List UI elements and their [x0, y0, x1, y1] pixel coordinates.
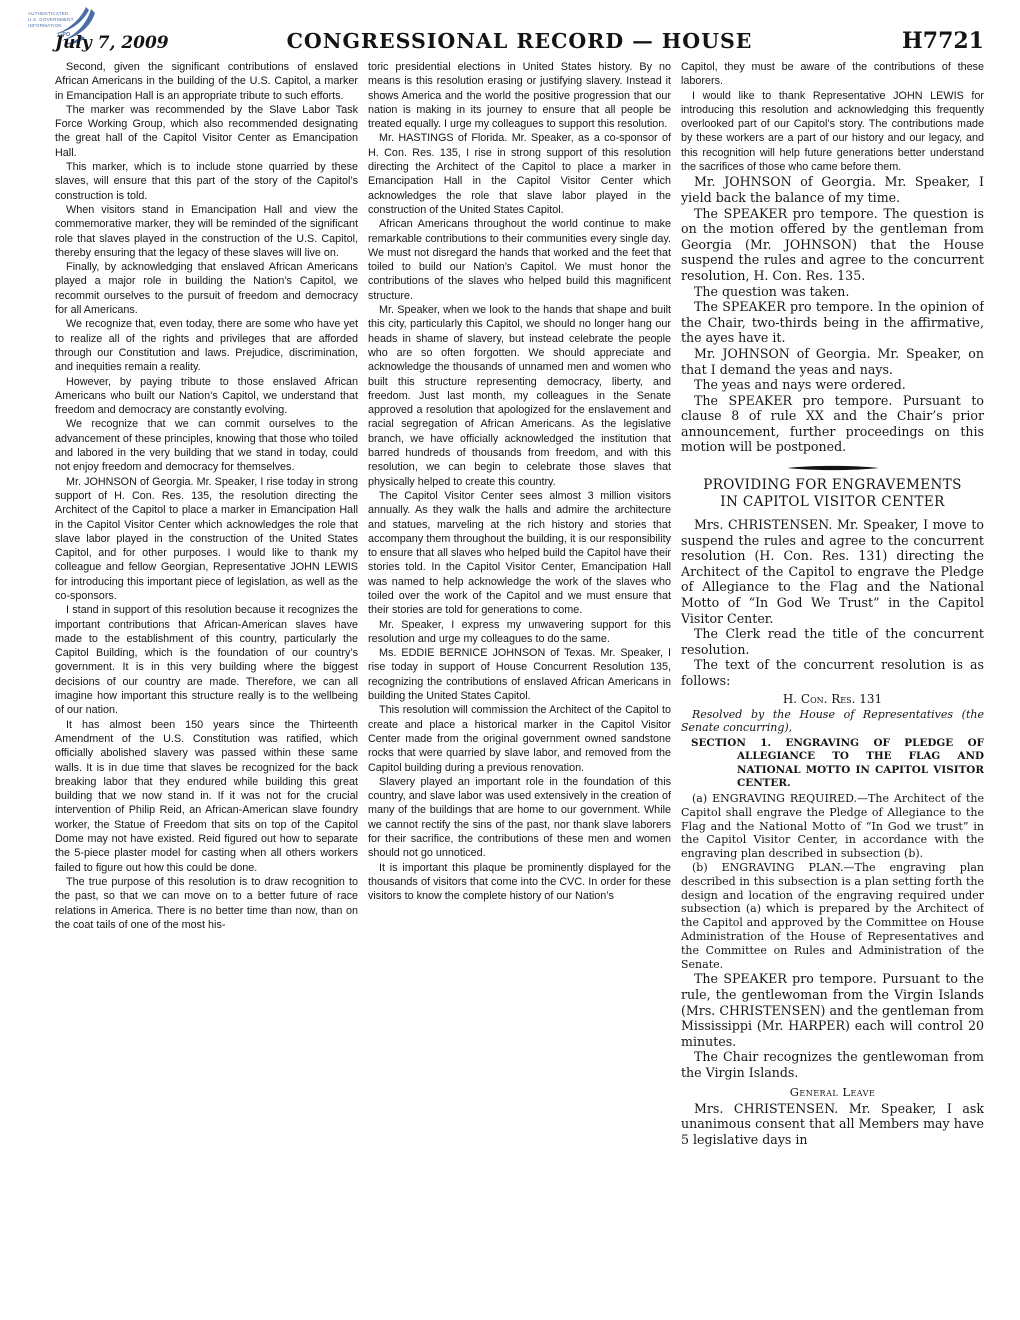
proceeding-paragraph: The Clerk read the title of the concurre… [681, 626, 984, 657]
proceeding-paragraph: Mrs. CHRISTENSEN. Mr. Speaker, I move to… [681, 517, 984, 626]
paragraph: toric presidential elections in United S… [368, 60, 671, 131]
paragraph: The Capitol Visitor Center sees almost 3… [368, 489, 671, 618]
proceeding-paragraph: The yeas and nays were ordered. [681, 377, 984, 393]
paragraph: Mr. JOHNSON of Georgia. Mr. Speaker, I r… [55, 475, 358, 604]
resolution-clause-a: (a) ENGRAVING REQUIRED.—The Architect of… [681, 792, 984, 861]
paragraph: Slavery played an important role in the … [368, 775, 671, 861]
page-number: H7721 [902, 28, 984, 54]
paragraph: Second, given the significant contributi… [55, 60, 358, 103]
paragraph: Mr. HASTINGS of Florida. Mr. Speaker, as… [368, 131, 671, 217]
logo-line-2: U.S. GOVERNMENT [28, 17, 74, 22]
text-columns: Second, given the significant contributi… [55, 60, 984, 1310]
paragraph: I stand in support of this resolution be… [55, 603, 358, 717]
paragraph: The true purpose of this resolution is t… [55, 875, 358, 932]
paragraph: However, by paying tribute to those ensl… [55, 375, 358, 418]
page-title: CONGRESSIONAL RECORD — HOUSE [287, 29, 753, 53]
paragraph: We recognize that, even today, there are… [55, 317, 358, 374]
proceeding-paragraph: The Chair recognizes the gentlewoman fro… [681, 1049, 984, 1080]
proceeding-paragraph: The SPEAKER pro tempore. The question is… [681, 206, 984, 284]
resolution-title: H. Con. Res. 131 [681, 692, 984, 706]
paragraph: It is important this plaque be prominent… [368, 861, 671, 904]
proceeding-paragraph: The question was taken. [681, 284, 984, 300]
issue-date: July 7, 2009 [55, 33, 169, 53]
resolved-clause: Resolved by the House of Representatives… [681, 708, 984, 736]
column-2: toric presidential elections in United S… [368, 60, 671, 1310]
logo-line-1: AUTHENTICATED [28, 11, 68, 16]
proceeding-paragraph: The text of the concurrent resolution is… [681, 657, 984, 688]
paragraph: Ms. EDDIE BERNICE JOHNSON of Texas. Mr. … [368, 646, 671, 703]
proceeding-paragraph: Mr. JOHNSON of Georgia. Mr. Speaker, on … [681, 346, 984, 377]
paragraph: This marker, which is to include stone q… [55, 160, 358, 203]
column-3: Capitol, they must be aware of the contr… [681, 60, 984, 1310]
proceeding-paragraph: Mrs. CHRISTENSEN. Mr. Speaker, I ask una… [681, 1101, 984, 1148]
paragraph: Finally, by acknowledging that enslaved … [55, 260, 358, 317]
paragraph: Capitol, they must be aware of the contr… [681, 60, 984, 89]
paragraph: It has almost been 150 years since the T… [55, 718, 358, 875]
paragraph: The marker was recommended by the Slave … [55, 103, 358, 160]
section-heading: PROVIDING FOR ENGRAVEMENTS IN CAPITOL VI… [695, 477, 970, 511]
resolution-clause-b: (b) ENGRAVING PLAN.—The engraving plan d… [681, 861, 984, 971]
proceeding-paragraph: Mr. JOHNSON of Georgia. Mr. Speaker, I y… [681, 174, 984, 205]
congressional-record-page: AUTHENTICATED U.S. GOVERNMENT INFORMATIO… [0, 0, 1020, 1320]
masthead: July 7, 2009 CONGRESSIONAL RECORD — HOUS… [55, 28, 984, 54]
paragraph: Mr. Speaker, I express my unwavering sup… [368, 618, 671, 647]
column-1: Second, given the significant contributi… [55, 60, 358, 1310]
section-divider [681, 464, 984, 472]
paragraph: Mr. Speaker, when we look to the hands t… [368, 303, 671, 489]
proceeding-paragraph: The SPEAKER pro tempore. Pursuant to the… [681, 971, 984, 1049]
resolution-section-heading: SECTION 1. ENGRAVING OF PLEDGE OF ALLEGI… [681, 737, 984, 790]
proceeding-paragraph: The SPEAKER pro tempore. In the opinion … [681, 299, 984, 346]
paragraph: We recognize that we can commit ourselve… [55, 417, 358, 474]
paragraph: I would like to thank Representative JOH… [681, 89, 984, 175]
paragraph: When visitors stand in Emancipation Hall… [55, 203, 358, 260]
paragraph: This resolution will commission the Arch… [368, 703, 671, 774]
proceeding-paragraph: The SPEAKER pro tempore. Pursuant to cla… [681, 393, 984, 455]
general-leave-heading: General Leave [681, 1085, 984, 1099]
paragraph: African Americans throughout the world c… [368, 217, 671, 303]
